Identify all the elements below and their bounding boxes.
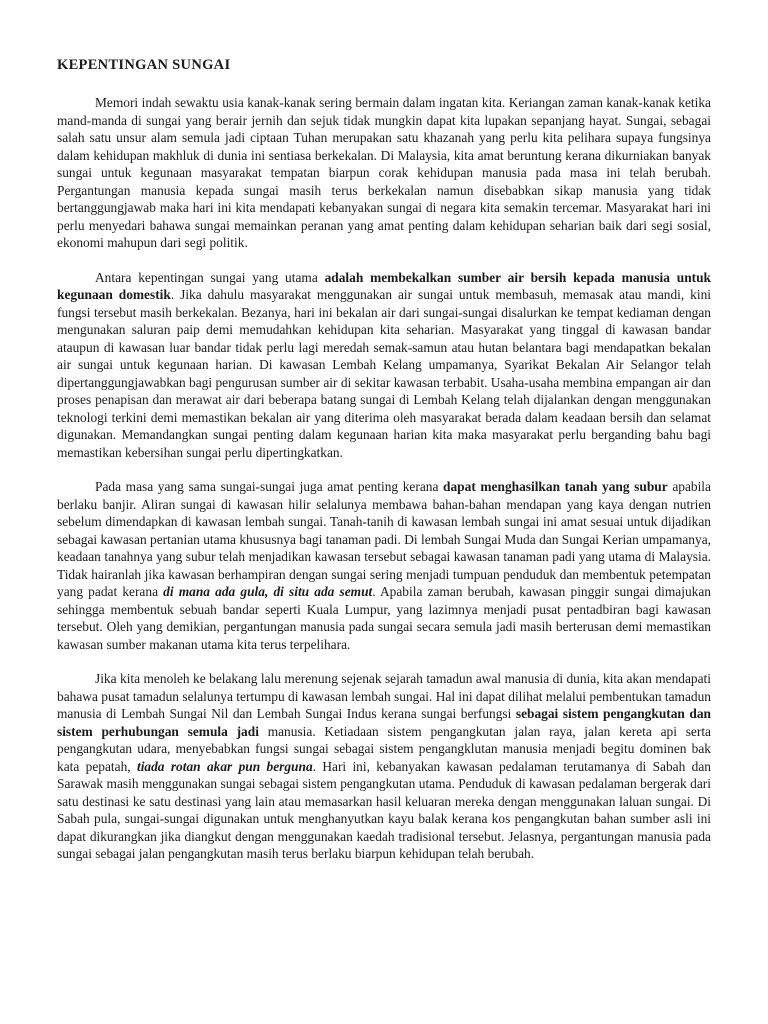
text-run: Memori indah sewaktu usia kanak-kanak se…: [57, 95, 711, 250]
paragraph: Pada masa yang sama sungai-sungai juga a…: [57, 478, 711, 653]
text-run: dapat menghasilkan tanah yang subur: [443, 479, 668, 494]
text-run: . Jika dahulu masyarakat menggunakan air…: [57, 287, 711, 460]
text-run: Antara kepentingan sungai yang utama: [95, 270, 325, 285]
text-run: apabila berlaku banjir. Aliran sungai di…: [57, 479, 711, 599]
text-run: Pada masa yang sama sungai-sungai juga a…: [95, 479, 443, 494]
paragraph: Jika kita menoleh ke belakang lalu meren…: [57, 670, 711, 863]
paragraph: Antara kepentingan sungai yang utama ada…: [57, 269, 711, 462]
text-run: tiada rotan akar pun berguna: [137, 759, 313, 774]
document-page: KEPENTINGAN SUNGAI Memori indah sewaktu …: [0, 0, 768, 1024]
document-body: Memori indah sewaktu usia kanak-kanak se…: [57, 94, 711, 863]
document-title: KEPENTINGAN SUNGAI: [57, 57, 711, 74]
paragraph: Memori indah sewaktu usia kanak-kanak se…: [57, 94, 711, 252]
text-run: di mana ada gula, di situ ada semut: [163, 584, 372, 599]
